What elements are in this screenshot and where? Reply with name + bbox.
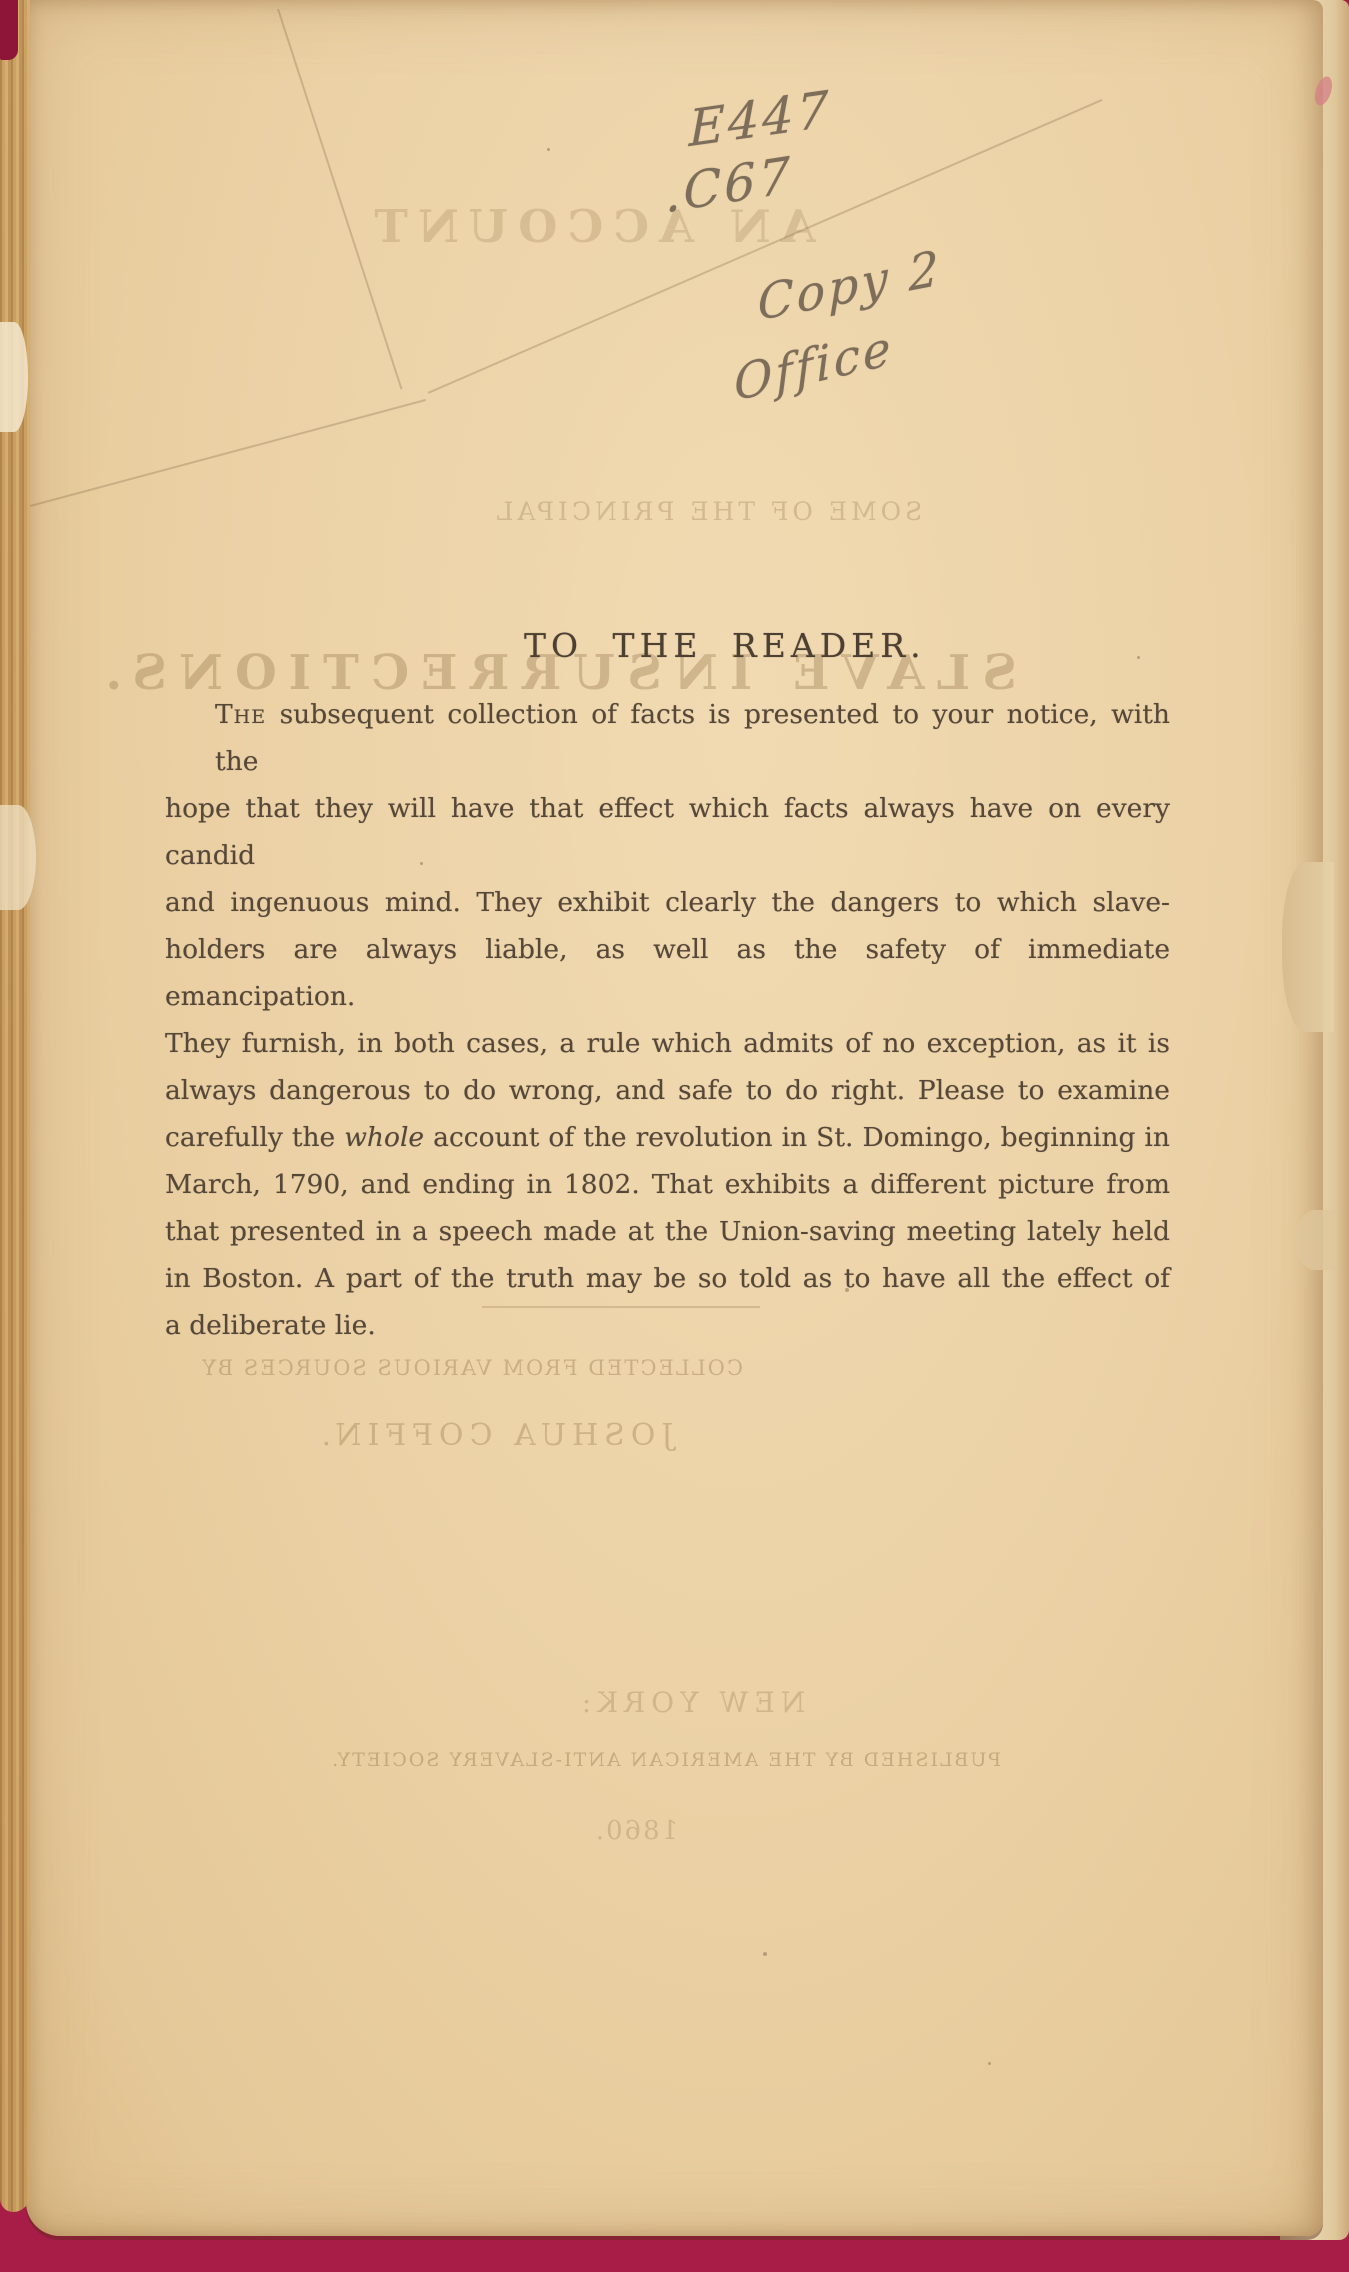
- paragraph-line7-post: account of the revolution in St. Domingo…: [424, 1122, 1170, 1153]
- bleedthrough-new-york: NEW YORK:: [538, 1686, 843, 1719]
- tear-mark: [1282, 862, 1334, 1032]
- speck: [1137, 656, 1140, 659]
- cover-corner-top-left: [0, 0, 18, 60]
- paragraph-line1-lead: The: [215, 699, 266, 730]
- paragraph-line: a deliberate lie.: [165, 1302, 1170, 1349]
- tear-mark: [0, 805, 36, 910]
- paragraph-line1-rest: subsequent collection of facts is presen…: [215, 699, 1170, 777]
- paragraph-line: The subsequent collection of facts is pr…: [165, 691, 1170, 785]
- paragraph-line: carefully the whole account of the revol…: [165, 1114, 1170, 1161]
- page-title: TO THE READER.: [524, 626, 926, 665]
- speck: [763, 1952, 767, 1956]
- paragraph-line: that presented in a speech made at the U…: [165, 1208, 1170, 1255]
- paragraph-line7-italic-word: whole: [344, 1122, 424, 1153]
- paragraph-line: holders are always liable, as well as th…: [165, 926, 1170, 1020]
- scanned-book-page: E447 .C67 Copy 2 Office AN ACCOUNT SOME …: [0, 0, 1349, 2272]
- bleedthrough-year: 1860.: [576, 1816, 696, 1846]
- bleedthrough-joshua-coffin: JOSHUA COFFIN.: [292, 1418, 697, 1453]
- speck: [988, 2062, 991, 2065]
- body-paragraph: The subsequent collection of facts is pr…: [165, 691, 1170, 1349]
- paragraph-line: and ingenuous mind. They exhibit clearly…: [165, 879, 1170, 926]
- tear-mark: [1296, 1210, 1334, 1270]
- paragraph-line: March, 1790, and ending in 1802. That ex…: [165, 1161, 1170, 1208]
- tear-mark: [0, 322, 28, 432]
- speck: [547, 148, 550, 151]
- paragraph-line7-pre: carefully the: [165, 1122, 344, 1153]
- bleedthrough-collected-from: COLLECTED FROM VARIOUS SOURCES BY: [258, 1356, 743, 1380]
- paragraph-line: in Boston. A part of the truth may be so…: [165, 1255, 1170, 1302]
- paragraph-line: always dangerous to do wrong, and safe t…: [165, 1067, 1170, 1114]
- paragraph-line: hope that they will have that effect whi…: [165, 785, 1170, 879]
- bleedthrough-some-of-the-principal: SOME OF THE PRINCIPAL: [420, 497, 995, 526]
- paragraph-line: They furnish, in both cases, a rule whic…: [165, 1020, 1170, 1067]
- bleedthrough-publisher: PUBLISHED BY THE AMERICAN ANTI-SLAVERY S…: [228, 1749, 1103, 1771]
